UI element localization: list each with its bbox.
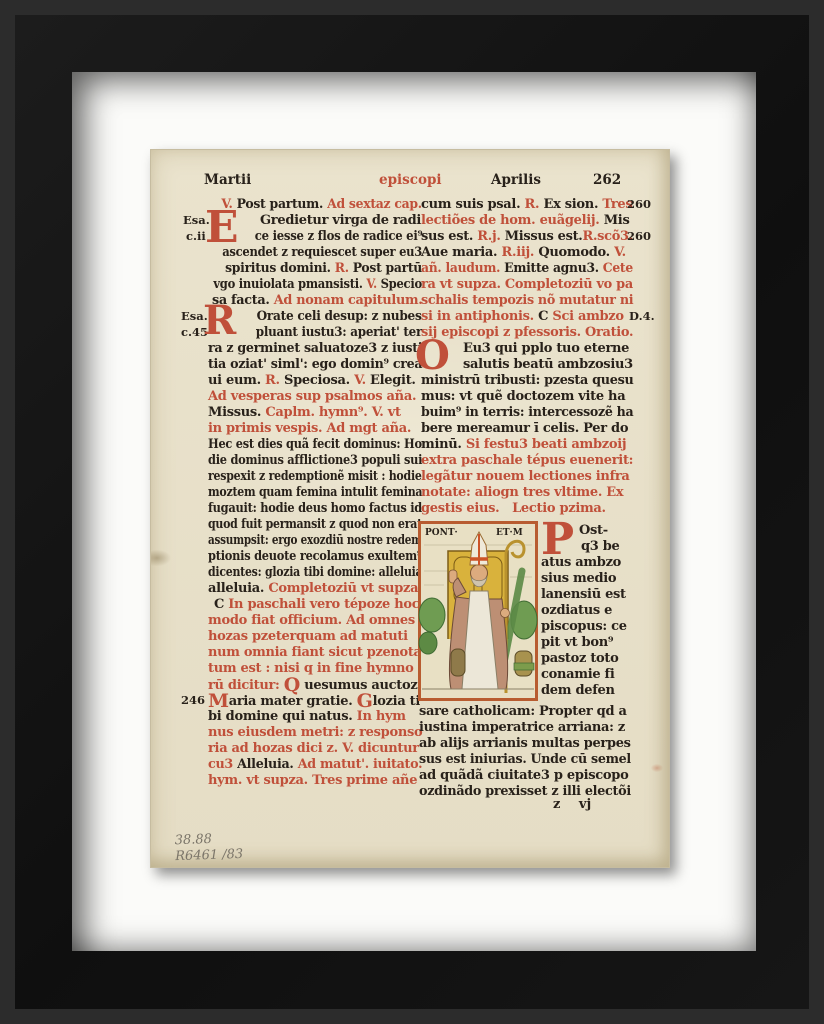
black-text-run: Specio xyxy=(377,277,422,292)
text-line: sus est iniurias. Unde cū semel xyxy=(419,752,625,768)
rubric-text-run: nus eiusdem metri: z responso xyxy=(208,725,422,740)
woodcut-caption-right: ET·M xyxy=(496,528,523,538)
text-line: ra z germinet saluatoze3 z iusti xyxy=(208,341,416,357)
black-text-run: minū. xyxy=(421,437,466,452)
black-text-run: pit vt bon⁹ xyxy=(541,635,613,650)
margin-note: 246 xyxy=(181,693,205,707)
rubric-text-run: ra vt supza. Completoziū vo pa xyxy=(421,277,633,292)
black-text-run: Missus. xyxy=(208,405,265,420)
text-line: pit vt bon⁹ xyxy=(541,635,629,651)
rubric-text-run: Sci ambzo xyxy=(552,309,623,324)
black-text-run: ascendet z requiescet super eu3 xyxy=(222,245,422,260)
text-line: ab alijs arrianis multas perpes xyxy=(419,736,630,752)
drop-cap-initial: P xyxy=(541,521,574,558)
text-line: lanensiū est xyxy=(541,587,629,603)
woodcut-caption-left: PONT· xyxy=(425,528,458,538)
text-line: moztem quam femina intulit femina xyxy=(208,485,389,501)
black-text-run: quod fuit permansit z quod non erat xyxy=(208,517,422,532)
rubric-text-run: notate: aliogn tres vltime. Ex xyxy=(421,485,623,500)
black-text-run: Orate celi desup: z nubes xyxy=(257,309,422,324)
rubric-text-run: num omnia fiant sicut pzenota xyxy=(208,645,422,660)
text-line: Ad vesperas sup psalmos aña. xyxy=(208,389,422,405)
rubric-text-run: R. xyxy=(525,197,540,212)
rubric-text-run: R. xyxy=(335,261,349,276)
rubric-text-run: Ad matut'. iuitato. xyxy=(298,757,422,772)
rubric-text-run: R.j. xyxy=(477,229,504,244)
text-line: si in antiphonis. C Sci ambzo xyxy=(421,309,633,325)
rubric-text-run: Ad vesperas sup psalmos aña. xyxy=(208,389,416,404)
rubric-text-run: In hym xyxy=(357,709,406,724)
rubric-text-run: In paschali vero tépoze hoc xyxy=(228,597,419,612)
black-text-run: Gredietur virga de radi xyxy=(260,213,421,228)
rubric-text-run: añ. laudum. xyxy=(421,261,504,276)
rubric-text-run: Ad sextaz cap. xyxy=(327,197,422,212)
pencil-annotation: 38.88 R6461 /83 xyxy=(174,831,243,865)
text-line: Orate celi desup: z nubes xyxy=(208,309,408,325)
text-line: assumpsit: ergo exozdiū nostre redem xyxy=(208,533,380,549)
black-text-run: ui eum. xyxy=(208,373,265,388)
rubric-text-run: schalis tempozis nõ mutatur ni xyxy=(421,293,633,308)
black-text-run: bere mereamur ī celis. Per do xyxy=(421,421,628,436)
black-text-run: Speciosa. xyxy=(280,373,354,388)
text-line: spiritus domini. R. Post partū xyxy=(208,261,412,277)
black-text-run: Aue maria. xyxy=(421,245,501,260)
text-column-left: V. Post partum. Ad sextaz cap.Gredietur … xyxy=(208,197,422,789)
text-line: bere mereamur ī celis. Per do xyxy=(421,421,633,437)
text-line: rū dicitur: Q uesumus auctoz. xyxy=(208,677,422,693)
text-line: bi domine qui natus. In hym xyxy=(208,709,422,725)
black-text-run: Quomodo. xyxy=(538,245,614,260)
black-text-run: cum suis psal. xyxy=(421,197,525,212)
text-line: sare catholicam: Propter qd a xyxy=(419,704,631,720)
text-line: sius medio xyxy=(541,571,629,587)
margin-note: c.ii xyxy=(186,229,206,243)
rubric-text-run: legãtur nouem lectiones infra xyxy=(421,469,630,484)
black-text-run: Post partum. xyxy=(233,197,327,212)
black-text-run: sus est. xyxy=(421,229,477,244)
text-column-right-top: cum suis psal. R. Ex sion. Treslectiões … xyxy=(421,197,633,517)
black-text-run: ozdinãdo prexisset z illi electõi xyxy=(419,784,631,799)
rubric-text-run: sij episcopi z pfessoris. Oratio. xyxy=(421,325,633,340)
rubric-text-run: V. xyxy=(366,277,376,292)
rubric-text-run: Cete xyxy=(603,261,633,276)
pencil-line-2: R6461 /83 xyxy=(175,847,243,865)
margin-note: 260 xyxy=(627,197,651,211)
rubric-text-run: R. xyxy=(265,373,280,388)
text-line: gestis eius. Lectio pzima. xyxy=(421,501,633,517)
black-text-run: dicentes: glozia tibi domine: alleluia xyxy=(208,565,422,580)
rubric-text-run: in primis vespis. Ad mgt aña. xyxy=(208,421,411,436)
text-line: piscopus: ce xyxy=(541,619,629,635)
black-text-run: bi domine qui natus. xyxy=(208,709,357,724)
text-line: cum suis psal. R. Ex sion. Tres xyxy=(421,197,633,213)
text-line: dem defen xyxy=(541,683,629,699)
black-text-run: q3 be xyxy=(581,539,620,554)
rubric-text-run: R.scõ3. xyxy=(582,229,632,244)
rubric-text-run: Caplm. hymn⁹. V. vt xyxy=(265,405,400,420)
text-column-right-bottom: sare catholicam: Propter qd aiustina imp… xyxy=(419,704,631,800)
text-line: mus: vt quẽ doctozem vite ha xyxy=(421,389,633,405)
black-text-run: fugauit: hodie deus homo factus id xyxy=(208,501,422,516)
black-text-run: die dominus afflictione3 populi sui xyxy=(208,453,422,468)
black-text-run: tia oziat' siml': ego domin⁹ crea xyxy=(208,357,422,372)
text-line: minū. Si festu3 beati ambzoij xyxy=(421,437,633,453)
text-line: die dominus afflictione3 populi sui xyxy=(208,453,396,469)
text-line: dicentes: glozia tibi domine: alleluia xyxy=(208,565,388,581)
black-text-run: C xyxy=(214,597,228,612)
text-line: ozdiatus e xyxy=(541,603,629,619)
text-line: lectiões de hom. euãgelij. Mis xyxy=(421,213,633,229)
rubric-text-run: hozas pzeterquam ad matuti xyxy=(208,629,408,644)
black-text-run: ab alijs arrianis multas perpes xyxy=(419,736,631,751)
black-text-run: aria mater gratie. xyxy=(229,694,357,709)
text-line: vgo inuiolata pmansisti. V. Specio xyxy=(208,277,398,293)
black-text-run: pastoz toto xyxy=(541,651,618,666)
margin-note: 260 xyxy=(627,229,651,243)
black-text-run: assumpsit: ergo exozdiū nostre redem xyxy=(208,533,422,548)
black-text-run: sius medio xyxy=(541,571,616,586)
black-text-run: ad quãdã ciuitate3 p episcopo xyxy=(419,768,628,783)
quire-signature: z vj xyxy=(553,797,591,812)
black-text-run: pluant iustu3: aperiat' ter xyxy=(256,325,422,340)
black-text-run: buim⁹ in terris: intercessozẽ ha xyxy=(421,405,633,420)
black-text-run: alleluia. xyxy=(208,581,268,596)
text-line: Missus. Caplm. hymn⁹. V. vt xyxy=(208,405,422,421)
black-text-run: Mis xyxy=(604,213,630,228)
rubric-text-run: Si festu3 beati ambzoij xyxy=(466,437,626,452)
text-line: Eu3 qui pplo tuo eterne xyxy=(421,341,633,357)
folio-number: 262 xyxy=(593,172,621,188)
rubric-text-run: cu3 xyxy=(208,757,237,772)
text-line: extra paschale tépus euenerit: xyxy=(421,453,633,469)
rubric-text-run: Completoziū vt supza. xyxy=(268,581,422,596)
text-line: C In paschali vero tépoze hoc xyxy=(208,597,422,613)
black-text-run: Post partū xyxy=(349,261,422,276)
rubric-text-run: gestis eius. Lectio pzima. xyxy=(421,501,606,516)
text-line: sus est. R.j. Missus est.R.scõ3. xyxy=(421,229,632,245)
text-line: Gredietur virga de radi xyxy=(208,213,422,229)
black-text-run: C xyxy=(538,309,552,324)
text-line: respexit z redemptionẽ misit : hodie xyxy=(208,469,389,485)
framed-manuscript-photo: Martii episcopi Aprilis 262 V. Post part… xyxy=(0,0,824,1024)
text-line: schalis tempozis nõ mutatur ni xyxy=(421,293,628,309)
text-line: Aue maria. R.iij. Quomodo. V. xyxy=(421,245,633,261)
text-line: cu3 Alleluia. Ad matut'. iuitato. xyxy=(208,757,417,773)
black-text-run: salutis beatū ambzosiu3 xyxy=(463,357,633,372)
text-line: legãtur nouem lectiones infra xyxy=(421,469,633,485)
black-text-run: lozia ti xyxy=(373,694,420,709)
header-title-red: episcopi xyxy=(379,172,442,188)
header-month-right: Aprilis xyxy=(491,172,541,188)
rubric-text-run: lectiões de hom. euãgelij. xyxy=(421,213,604,228)
text-line: pluant iustu3: aperiat' ter xyxy=(208,325,405,341)
text-line: notate: aliogn tres vltime. Ex xyxy=(421,485,633,501)
rubric-text-run: hym. vt supza. Tres prime añe xyxy=(208,773,417,788)
black-text-run: dem defen xyxy=(541,683,615,698)
black-text-run: sus est iniurias. Unde cū semel xyxy=(419,752,631,767)
rubric-text-run: modo fiat officium. Ad omnes xyxy=(208,613,415,628)
black-text-run: piscopus: ce xyxy=(541,619,627,634)
black-text-run: iustina imperatrice arriana: z xyxy=(419,720,625,735)
black-text-run: spiritus domini. xyxy=(225,261,335,276)
black-text-run: lanensiū est xyxy=(541,587,626,602)
text-line: sij episcopi z pfessoris. Oratio. xyxy=(421,325,632,341)
woodcut-illustration: PONT· ET·M xyxy=(418,521,538,701)
manuscript-page: Martii episcopi Aprilis 262 V. Post part… xyxy=(150,149,670,868)
margin-note: D.4. xyxy=(629,309,655,323)
text-line: ra vt supza. Completoziū vo pa xyxy=(421,277,631,293)
text-line: in primis vespis. Ad mgt aña. xyxy=(208,421,422,437)
mat-board: Martii episcopi Aprilis 262 V. Post part… xyxy=(72,72,756,951)
drop-cap-initial: E xyxy=(205,209,239,246)
text-line: modo fiat officium. Ad omnes xyxy=(208,613,422,629)
black-text-run: ptionis deuote recolamus exultem⁹ xyxy=(208,549,422,564)
black-text-run: Eu3 qui pplo tuo eterne xyxy=(463,341,629,356)
header-month-left: Martii xyxy=(204,172,251,188)
black-text-run: conamie fi xyxy=(541,667,614,682)
text-line: ozdinãdo prexisset z illi electõi xyxy=(419,784,627,800)
black-text-run: ozdiatus e xyxy=(541,603,612,618)
black-text-run: ra z germinet saluatoze3 z iusti xyxy=(208,341,422,356)
rubric-text-run: V. xyxy=(614,245,626,260)
drop-cap-initial: R xyxy=(203,304,236,338)
text-line: tum est : nisi q in fine hymno xyxy=(208,661,422,677)
text-line: quod fuit permansit z quod non erat xyxy=(208,517,388,533)
rubric-text-run: R.iij. xyxy=(501,245,538,260)
text-line: hozas pzeterquam ad matuti xyxy=(208,629,422,645)
rubric-text-run: ria ad hozas dici z. V. dicuntur xyxy=(208,741,419,756)
text-line: ad quãdã ciuitate3 p episcopo xyxy=(419,768,631,784)
black-text-run: respexit z redemptionẽ misit : hodie xyxy=(208,469,422,484)
text-line: ministrū tribusti: pzesta quesu xyxy=(421,373,629,389)
text-line: conamie fi xyxy=(541,667,629,683)
drop-cap-initial: O xyxy=(415,339,450,373)
black-text-run: moztem quam femina intulit femina xyxy=(208,485,422,500)
text-line: ria ad hozas dici z. V. dicuntur xyxy=(208,741,422,757)
black-text-run: sare catholicam: Propter qd a xyxy=(419,704,627,719)
black-text-run: mus: vt quẽ doctozem vite ha xyxy=(421,389,625,404)
rubric-text-run: Ad nonam capitulum. xyxy=(274,293,423,308)
text-line: ui eum. R. Speciosa. V. Elegit. xyxy=(208,373,422,389)
text-line: hym. vt supza. Tres prime añe xyxy=(208,773,422,789)
text-line: Hec est dies quã fecit dominus: Ho xyxy=(208,437,395,453)
black-text-run: Alleluia. xyxy=(237,757,298,772)
rubric-text-run: V. xyxy=(354,373,366,388)
text-line: pastoz toto xyxy=(541,651,629,667)
black-text-run: Missus est. xyxy=(505,229,583,244)
black-text-run: ce iesse z flos de radice ei⁹ xyxy=(255,229,423,244)
text-line: tia oziat' siml': ego domin⁹ crea xyxy=(208,357,416,373)
text-line: añ. laudum. Emitte agnu3. Cete xyxy=(421,261,623,277)
text-line: num omnia fiant sicut pzenota xyxy=(208,645,421,661)
text-line: buim⁹ in terris: intercessozẽ ha xyxy=(421,405,626,421)
rubric-text-run: tum est : nisi q in fine hymno xyxy=(208,661,414,676)
text-line: V. Post partum. Ad sextaz cap. xyxy=(208,197,412,213)
text-line: nus eiusdem metri: z responso xyxy=(208,725,422,741)
text-line: sa facta. Ad nonam capitulum. xyxy=(208,293,419,309)
black-text-run: vgo inuiolata pmansisti. xyxy=(213,277,366,292)
black-text-run: Ex sion. xyxy=(539,197,602,212)
text-line: alleluia. Completoziū vt supza. xyxy=(208,581,422,597)
black-text-run: Emitte agnu3. xyxy=(504,261,603,276)
rubric-text-run: si in antiphonis. xyxy=(421,309,538,324)
text-line: fugauit: hodie deus homo factus id xyxy=(208,501,396,517)
text-line: Maria mater gratie. Glozia ti xyxy=(208,693,422,709)
black-text-run: Hec est dies quã fecit dominus: Ho xyxy=(208,437,422,452)
black-text-run: Elegit. xyxy=(366,373,416,388)
rubric-text-run: extra paschale tépus euenerit: xyxy=(421,453,633,468)
text-line: ptionis deuote recolamus exultem⁹ xyxy=(208,549,396,565)
text-line: iustina imperatrice arriana: z xyxy=(419,720,631,736)
black-text-run: Ost- xyxy=(579,523,608,538)
black-text-run: ministrū tribusti: pzesta quesu xyxy=(421,373,633,388)
text-line: salutis beatū ambzosiu3 xyxy=(421,357,633,373)
bishop-woodcut-drawing: PONT· ET·M xyxy=(418,521,538,701)
